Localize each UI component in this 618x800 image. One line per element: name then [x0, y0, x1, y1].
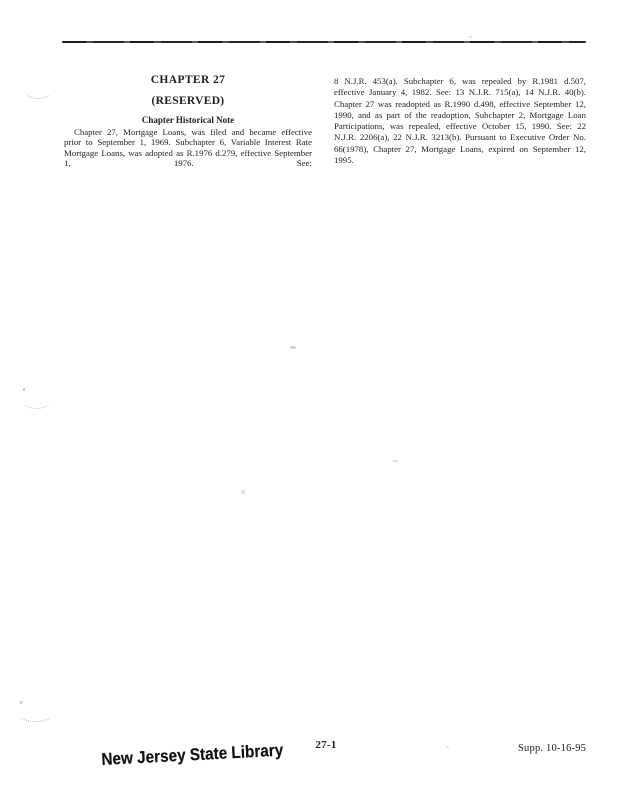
scan-artifact-tick	[22, 388, 25, 392]
scan-speck	[446, 746, 449, 748]
document-page: CHAPTER 27 (RESERVED) Chapter Historical…	[0, 0, 618, 800]
page-number: 27-1	[296, 739, 356, 751]
scan-speck	[241, 490, 245, 494]
chapter-historical-note-heading: Chapter Historical Note	[64, 115, 312, 125]
scan-speck	[469, 36, 472, 38]
library-stamp: New Jersey State Library	[101, 741, 284, 770]
historical-note-paragraph-right: 8 N.J.R. 453(a). Subchapter 6, was repea…	[334, 76, 586, 166]
scan-speck	[393, 460, 398, 462]
historical-note-paragraph-left: Chapter 27, Mortgage Loans, was filed an…	[64, 127, 312, 169]
reserved-label: (RESERVED)	[64, 95, 312, 107]
chapter-title: CHAPTER 27	[64, 74, 312, 86]
left-column: CHAPTER 27 (RESERVED) Chapter Historical…	[64, 74, 312, 169]
scan-artifact-arc-top	[24, 82, 52, 99]
scan-artifact-arc-bottom	[16, 702, 55, 722]
right-column: 8 N.J.R. 453(a). Subchapter 6, was repea…	[334, 76, 586, 166]
scan-artifact-arc-middle	[22, 390, 52, 409]
scan-speck	[290, 346, 296, 349]
supplement-date: Supp. 10-16-95	[518, 743, 586, 754]
top-rule-divider	[62, 41, 586, 43]
